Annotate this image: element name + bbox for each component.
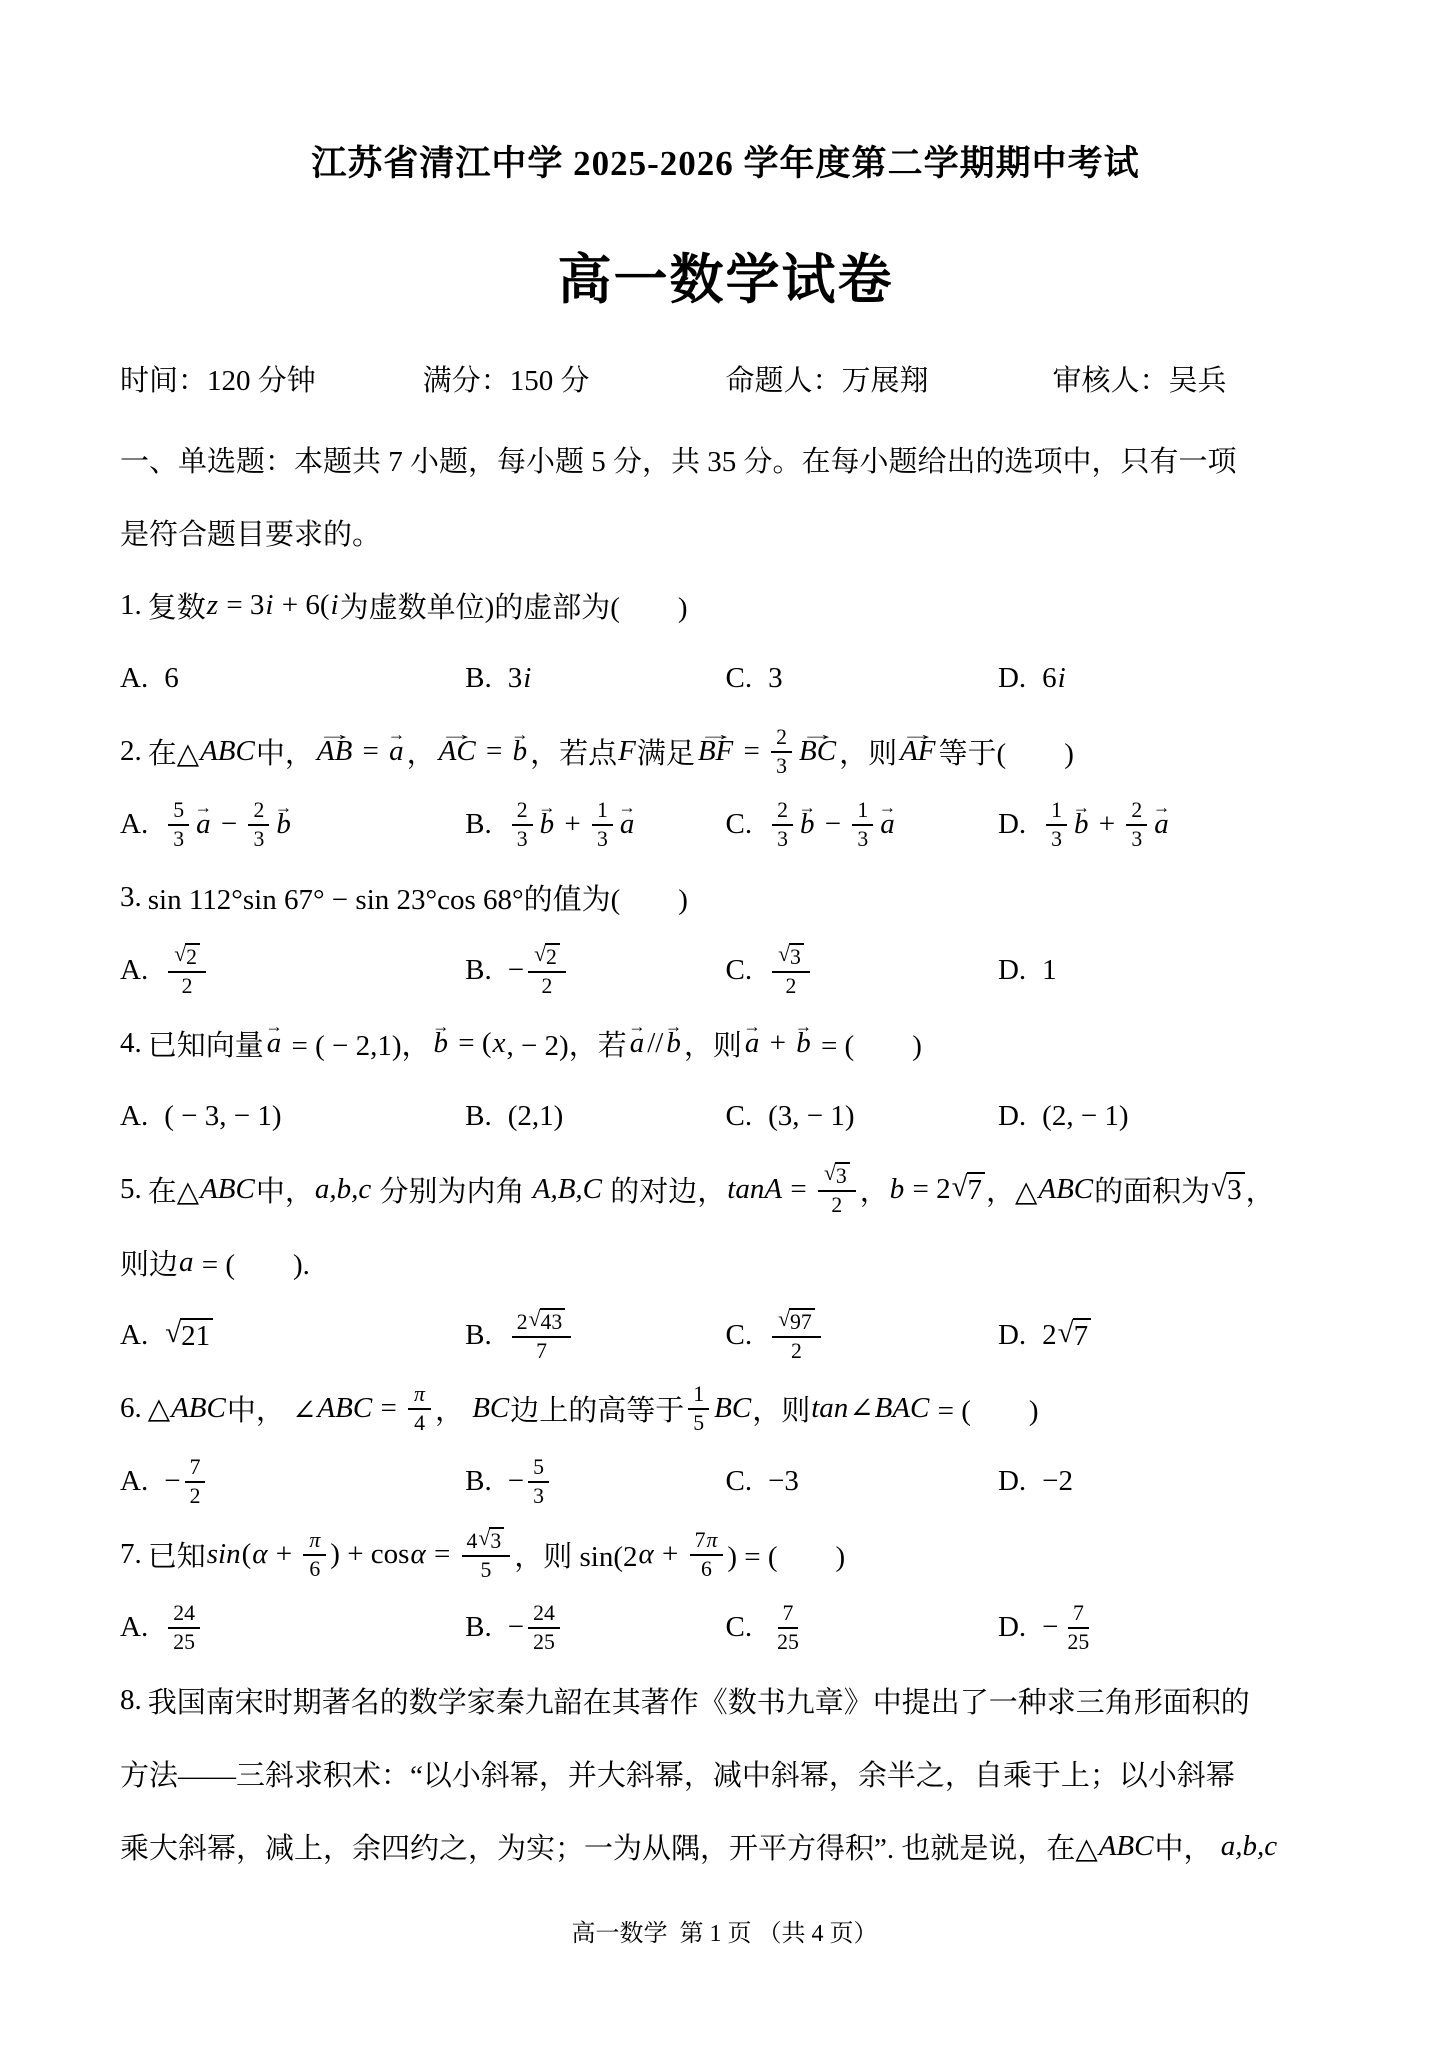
q5-number: 5. (120, 1173, 142, 1206)
square-root: √43 (529, 1308, 566, 1335)
math-text: = (783, 1173, 814, 1206)
option-label: C. (725, 1465, 752, 1498)
math-text: + (269, 1538, 300, 1571)
math-text: 3 (533, 1484, 544, 1509)
math-variable: ABC (199, 735, 256, 768)
vector-arrow-icon: → (439, 726, 476, 743)
fraction-denominator: 3 (771, 753, 792, 779)
fraction-numerator: 1 (592, 798, 613, 826)
math-text: 2 (786, 974, 797, 999)
section-heading-line-2: 是符合题目要求的。 (120, 496, 1331, 569)
q6-option-d: D.−2 (998, 1445, 1331, 1518)
section-one-heading: 一、单选题：本题共 7 小题，每小题 5 分，共 35 分。在每小题给出的选项中… (120, 423, 1331, 569)
fraction-denominator: 3 (772, 826, 793, 852)
math-text: 43 (541, 1310, 563, 1334)
math-text: 2 (831, 1193, 842, 1218)
option-label: A. (120, 954, 148, 987)
fraction-numerator: √3 (772, 943, 810, 973)
radical-sign-icon: √ (1211, 1172, 1227, 1202)
math-variable: π (705, 1528, 718, 1553)
q7-option-b: B.−2425 (465, 1591, 725, 1664)
vector: →a (879, 808, 896, 841)
fraction: 23 (772, 798, 793, 852)
q2-option-a: A.53→a − 23→b (120, 788, 465, 861)
q2-option-d: D.13→b + 23→a (998, 788, 1331, 861)
exam-meta-row: 时间：120 分钟 满分：150 分 命题人：万展翔 审核人：吴兵 (120, 358, 1331, 399)
fraction-numerator: 2√43 (512, 1308, 572, 1338)
fraction: 725 (1063, 1601, 1095, 1655)
q4-option-d: D.(2, − 1) (998, 1080, 1331, 1153)
math-text: 5 (533, 1455, 544, 1480)
radicand: 3 (835, 1162, 850, 1189)
fraction-numerator: 1 (1046, 798, 1067, 826)
math-text: + 6( (274, 589, 329, 622)
fraction-numerator: 7 (185, 1455, 206, 1483)
math-text: ，若点 (530, 731, 617, 772)
vector: →BC (798, 735, 837, 768)
math-text: = ( ) (930, 1388, 1038, 1429)
fraction: π4 (408, 1382, 431, 1436)
vector-arrow-icon: → (316, 726, 353, 743)
math-text: 97 (790, 1310, 812, 1334)
option-label: C. (725, 662, 752, 695)
math-text: 则边 (120, 1242, 178, 1283)
math-text: 1 (1051, 798, 1062, 823)
q5-stem-line-2: 则边a = ( ). (120, 1226, 1331, 1299)
vector: →a (1153, 808, 1170, 841)
q8-number: 8. (120, 1684, 142, 1717)
q6-stem-line-1: 6.△ABC中， ∠ABC = π4， BC边上的高等于15BC，则tan∠BA… (120, 1372, 1331, 1445)
math-text: 1 (1042, 954, 1057, 987)
option-label: C. (725, 808, 752, 841)
math-text: 已知 (148, 1534, 206, 1575)
question-q3: 3.sin 112°sin 67° − sin 23°cos 68°的值为( )… (120, 861, 1331, 1007)
radicand: 3 (489, 1527, 504, 1554)
math-text: 4 (467, 1529, 478, 1554)
vector: →b (795, 1027, 812, 1060)
vector: →b (433, 1027, 450, 1060)
q2-stem-line-1: 2.在△ABC中，→AB = →a，→AC = →b，若点F满足→BF = 23… (120, 715, 1331, 788)
q3-option-d: D.1 (998, 934, 1331, 1007)
math-text: ，△ (986, 1169, 1037, 1210)
math-text: 3 (597, 827, 608, 852)
radicand: 2 (545, 943, 560, 970)
math-text: 7 (783, 1601, 794, 1626)
vector: →BF (697, 735, 734, 768)
math-text: 7 (968, 1174, 983, 1206)
math-text: 2 (1042, 1319, 1057, 1352)
vector: →b (512, 735, 529, 768)
q6-number: 6. (120, 1392, 142, 1425)
radical-sign-icon: √ (1058, 1318, 1074, 1348)
option-label: D. (998, 662, 1026, 695)
vector: →a (266, 1027, 283, 1060)
math-text: − (508, 954, 524, 987)
q3-option-b: B.−√22 (465, 934, 725, 1007)
math-text: 1 (693, 1382, 704, 1407)
fraction-denominator: 5 (475, 1557, 496, 1583)
fraction-numerator: 4√3 (462, 1527, 511, 1557)
q4-options-row: A.( − 3, − 1)B.(2,1)C.(3, − 1)D.(2, − 1) (120, 1080, 1331, 1153)
fraction-denominator: 25 (1063, 1629, 1095, 1655)
square-root: √3 (824, 1162, 850, 1189)
fraction-denominator: 2 (786, 1338, 807, 1364)
math-variable: α (638, 1538, 655, 1571)
math-text: −3 (768, 1465, 799, 1498)
math-text: 边上的高等于 (510, 1388, 684, 1429)
fraction: 2425 (528, 1601, 560, 1655)
fraction-denominator: 3 (512, 826, 533, 852)
math-variable: i (264, 589, 274, 622)
math-text: 25 (1068, 1630, 1090, 1655)
q6-option-b: B.−53 (465, 1445, 725, 1518)
math-text: 1 (597, 798, 608, 823)
fraction: 4√35 (462, 1527, 511, 1583)
fraction-numerator: 24 (528, 1601, 560, 1629)
vector-arrow-icon: → (388, 726, 405, 743)
math-text: = 2 (905, 1173, 950, 1206)
fraction: 72 (185, 1455, 206, 1509)
fraction: 23 (771, 725, 792, 779)
math-text: ) + cos (330, 1538, 409, 1571)
vector-arrow-icon: → (697, 726, 734, 743)
section-heading-line-1: 一、单选题：本题共 7 小题，每小题 5 分，共 35 分。在每小题给出的选项中… (120, 423, 1331, 496)
math-text: 为虚数单位)的虚部为( ) (340, 585, 688, 626)
math-text: 3 (1131, 827, 1142, 852)
q2-option-b: B.23→b + 13→a (465, 788, 725, 861)
fraction: 2425 (168, 1601, 200, 1655)
math-text: 24 (173, 1601, 195, 1626)
math-text: 7 (536, 1339, 547, 1364)
q8-stem-line-2: 方法——三斜求积术：“以小斜幂，并大斜幂，减中斜幂，余半之，自乘于上；以小斜幂 (120, 1737, 1331, 1810)
option-label: D. (998, 808, 1026, 841)
fraction-denominator: 4 (409, 1410, 430, 1436)
q7-option-d: D.−725 (998, 1591, 1331, 1664)
math-text: − (164, 1465, 180, 1498)
option-label: B. (465, 808, 492, 841)
math-text: 乘大斜幂，减上，余四约之，为实；一为从隅，开平方得积”. 也就是说，在△ (120, 1826, 1098, 1867)
math-text: 在△ (148, 1169, 199, 1210)
q3-options-row: A.√22B.−√22C.√32D.1 (120, 934, 1331, 1007)
vector: →a (744, 1027, 761, 1060)
vector: →AC (438, 735, 477, 768)
radicand: 2 (185, 943, 200, 970)
q7-number: 7. (120, 1538, 142, 1571)
fraction: 725 (772, 1601, 804, 1655)
math-text: 3 (836, 1164, 847, 1188)
fraction: 13 (592, 798, 613, 852)
math-text: 4 (414, 1411, 425, 1436)
option-label: B. (465, 1465, 492, 1498)
fraction-denominator: 2 (826, 1192, 847, 1218)
fraction-numerator: 7π (690, 1528, 724, 1556)
paper-title: 高一数学试卷 (120, 250, 1331, 310)
math-text: = ( ). (195, 1242, 310, 1283)
math-text: 7 (695, 1528, 706, 1553)
q7-options-row: A.2425B.−2425C.725D.−725 (120, 1591, 1331, 1664)
vector: →a (388, 735, 405, 768)
fraction-denominator: 3 (1126, 826, 1147, 852)
meta-total-score: 满分：150 分 (423, 358, 726, 399)
math-text: // (647, 1027, 663, 1060)
math-text: sin 112°sin 67° − sin 23°cos 68°的值为( ) (148, 877, 688, 918)
square-root: √3 (778, 943, 804, 970)
math-variable: tan (810, 1392, 849, 1425)
radicand: 21 (180, 1318, 213, 1353)
radicand: 43 (540, 1308, 566, 1335)
math-variable: z (206, 589, 219, 622)
math-text: ∠ (849, 1391, 873, 1426)
math-variable: sin (206, 1538, 242, 1571)
math-text: + (557, 808, 588, 841)
vector: →b (1073, 808, 1090, 841)
math-text: , − 2)，若 (506, 1023, 626, 1064)
math-text: + (762, 1027, 793, 1060)
q3-option-a: A.√22 (120, 934, 465, 1007)
math-variable: α (409, 1538, 426, 1571)
math-text: 2 (776, 725, 787, 750)
math-variable: BC (713, 1392, 752, 1425)
fraction-numerator: 2 (512, 798, 533, 826)
math-text: 2 (1131, 798, 1142, 823)
option-label: C. (725, 1319, 752, 1352)
fraction-denominator: 2 (177, 973, 198, 999)
vector: →b (539, 808, 556, 841)
math-text: = (355, 735, 386, 768)
math-variable: F (617, 735, 637, 768)
fraction-numerator: 1 (688, 1382, 709, 1410)
math-text: 2 (777, 798, 788, 823)
q2-option-c: C.23→b − 13→a (725, 788, 997, 861)
math-text: = 3 (219, 589, 264, 622)
math-text: = ( ) (814, 1023, 922, 1064)
fraction-denominator: 2 (537, 973, 558, 999)
option-label: C. (725, 1100, 752, 1133)
fraction: √972 (772, 1308, 821, 1364)
math-variable: π (308, 1528, 321, 1553)
fraction: 53 (168, 798, 189, 852)
math-text: 6 (1042, 662, 1057, 695)
fraction-denominator: 3 (168, 826, 189, 852)
vector: →AF (899, 735, 936, 768)
q1-number: 1. (120, 589, 142, 622)
option-label: C. (725, 1611, 752, 1644)
q2-options-row: A.53→a − 23→bB.23→b + 13→aC.23→b − 13→aD… (120, 788, 1331, 861)
q5-options-row: A.√21B.2√437C.√972D.2√7 (120, 1299, 1331, 1372)
math-text: = (479, 735, 510, 768)
math-variable: ABC (316, 1392, 373, 1425)
fraction-denominator: 25 (772, 1629, 804, 1655)
math-text: + (655, 1538, 686, 1571)
math-text: − (508, 1465, 524, 1498)
vector-arrow-icon: → (665, 1018, 682, 1035)
vector: →a (619, 808, 636, 841)
fraction-denominator: 3 (248, 826, 269, 852)
q1-option-c: C.3 (725, 642, 997, 715)
math-text: 3 (173, 827, 184, 852)
option-label: A. (120, 662, 148, 695)
fraction-denominator: 3 (852, 826, 873, 852)
question-q1: 1.复数z = 3i + 6(i为虚数单位)的虚部为( )A.6B.3iC.3D… (120, 569, 1331, 715)
vector-arrow-icon: → (265, 1018, 282, 1035)
vector-arrow-icon: → (432, 1018, 449, 1035)
math-variable: α (251, 1538, 268, 1571)
q5-stem-line-1: 5.在△ABC中，a,b,c 分别为内角 A,B,C 的对边，tanA = √3… (120, 1153, 1331, 1226)
math-text: = (736, 735, 767, 768)
math-text: 24 (533, 1601, 555, 1626)
math-variable: tanA (726, 1173, 783, 1206)
fraction-numerator: 7 (1068, 1601, 1089, 1629)
math-text: 2 (542, 974, 553, 999)
radicand: 97 (789, 1308, 815, 1335)
question-q5: 5.在△ABC中，a,b,c 分别为内角 A,B,C 的对边，tanA = √3… (120, 1153, 1331, 1372)
math-text: 复数 (148, 585, 206, 626)
math-variable: x (492, 1027, 507, 1060)
fraction-numerator: 5 (168, 798, 189, 826)
q4-option-b: B.(2,1) (465, 1080, 725, 1153)
option-label: A. (120, 1611, 148, 1644)
math-text: − (1042, 1611, 1058, 1644)
square-root: √3 (1211, 1172, 1244, 1207)
math-variable: ABC (199, 1173, 256, 1206)
radicand: 3 (789, 943, 804, 970)
question-q6: 6.△ABC中， ∠ABC = π4， BC边上的高等于15BC，则tan∠BA… (120, 1372, 1331, 1518)
option-label: A. (120, 808, 148, 841)
fraction-numerator: √2 (528, 943, 566, 973)
math-text: 3 (517, 827, 528, 852)
math-text: 3 (776, 754, 787, 779)
math-text: 已知向量 (148, 1023, 264, 1064)
fraction-denominator: 2 (781, 973, 802, 999)
math-text: (2, − 1) (1042, 1100, 1128, 1133)
math-variable: π (413, 1382, 426, 1407)
q8-stem-line-3: 乘大斜幂，减上，余四约之，为实；一为从隅，开平方得积”. 也就是说，在△ABC中… (120, 1810, 1331, 1883)
math-text: 3 (253, 827, 264, 852)
fraction-denominator: 6 (696, 1556, 717, 1582)
square-root: √97 (778, 1308, 815, 1335)
q6-option-a: A.−72 (120, 1445, 465, 1518)
square-root: √7 (952, 1172, 985, 1207)
math-text: 我国南宋时期著名的数学家秦九韶在其著作《数书九章》中提出了一种求三角形面积的 (148, 1680, 1250, 1721)
fraction-denominator: 7 (531, 1338, 552, 1364)
vector: →a (629, 1027, 646, 1060)
fraction-numerator: π (303, 1528, 326, 1556)
math-variable: BAC (874, 1392, 931, 1425)
math-text: 3 (1051, 827, 1062, 852)
math-text: ，则 sin(2 (514, 1534, 637, 1575)
math-text: 6 (701, 1557, 712, 1582)
fraction: 13 (1046, 798, 1067, 852)
math-text: 3 (790, 945, 801, 969)
math-text: 中， (256, 731, 314, 772)
q4-option-c: C.(3, − 1) (725, 1080, 997, 1153)
vector-arrow-icon: → (799, 726, 836, 743)
meta-reviewer: 审核人：吴兵 (1052, 358, 1331, 399)
math-text: (2,1) (508, 1100, 564, 1133)
math-text: = (373, 1392, 404, 1425)
fraction: 23 (248, 798, 269, 852)
vector-arrow-icon: → (275, 799, 292, 816)
option-label: A. (120, 1319, 148, 1352)
math-text: 6 (309, 1557, 320, 1582)
math-variable: a (178, 1246, 195, 1279)
vector-arrow-icon: → (743, 1018, 760, 1035)
meta-setter: 命题人：万展翔 (726, 358, 1053, 399)
fraction-denominator: 3 (1046, 826, 1067, 852)
fraction-numerator: √97 (772, 1308, 821, 1338)
math-text: ， (435, 1388, 471, 1429)
q5-option-d: D.2√7 (998, 1299, 1331, 1372)
math-text: 7 (1073, 1601, 1084, 1626)
math-text: 中， (1154, 1826, 1219, 1867)
fraction-numerator: √2 (168, 943, 206, 973)
math-variable: a,b,c (314, 1173, 372, 1206)
math-text: 3 (777, 827, 788, 852)
q1-option-d: D.6i (998, 642, 1331, 715)
math-text: ，则 (839, 731, 897, 772)
math-text: 1 (857, 798, 868, 823)
math-text: 5 (173, 798, 184, 823)
radicand: 7 (1073, 1318, 1092, 1353)
math-text: −2 (1042, 1465, 1073, 1498)
math-text: (3, − 1) (768, 1100, 854, 1133)
vector: →b (665, 1027, 682, 1060)
math-text: 等于( ) (939, 731, 1074, 772)
vector-arrow-icon: → (795, 1018, 812, 1035)
exam-page: 江苏省清江中学 2025-2026 学年度第二学期期中考试 高一数学试卷 时间：… (0, 0, 1449, 2048)
math-text: ) = ( ) (727, 1534, 845, 1575)
math-text: 方法——三斜求积术：“以小斜幂，并大斜幂，减中斜幂，余半之，自乘于上；以小斜幂 (120, 1753, 1235, 1794)
q7-stem-line-1: 7.已知sin(α + π6) + cosα = 4√35，则 sin(2α +… (120, 1518, 1331, 1591)
q3-stem-line-1: 3.sin 112°sin 67° − sin 23°cos 68°的值为( ) (120, 861, 1331, 934)
q1-option-b: B.3i (465, 642, 725, 715)
vector: →AB (316, 735, 353, 768)
fraction-numerator: √3 (818, 1162, 856, 1192)
math-variable: b (889, 1173, 906, 1206)
radical-sign-icon: √ (165, 1318, 181, 1348)
fraction: 23 (512, 798, 533, 852)
fraction: √22 (168, 943, 206, 999)
q7-option-c: C.725 (725, 1591, 997, 1664)
math-text: ，则 (752, 1388, 810, 1429)
fraction: 7π6 (690, 1528, 724, 1582)
square-root: √2 (174, 943, 200, 970)
math-text: 5 (693, 1411, 704, 1436)
math-text: 分别为内角 (372, 1169, 532, 1210)
vector-arrow-icon: → (538, 799, 555, 816)
math-text: 3 (508, 662, 523, 695)
math-text: = ( − 2,1)， (284, 1023, 430, 1064)
fraction-denominator: 25 (168, 1629, 200, 1655)
q2-number: 2. (120, 735, 142, 768)
square-root: √7 (1058, 1318, 1091, 1353)
fraction-numerator: 2 (248, 798, 269, 826)
math-text: = (427, 1538, 458, 1571)
vector-arrow-icon: → (195, 799, 212, 816)
option-label: D. (998, 1611, 1026, 1644)
fraction-numerator: 2 (772, 798, 793, 826)
q5-option-a: A.√21 (120, 1299, 465, 1372)
math-text: 25 (777, 1630, 799, 1655)
math-text: 3 (1227, 1174, 1242, 1206)
math-variable: i (330, 589, 340, 622)
math-text: − (817, 808, 848, 841)
fraction: √22 (528, 943, 566, 999)
page-footer: 高一数学 第 1 页 （共 4 页） (0, 1913, 1449, 1948)
radicand: 3 (1226, 1172, 1245, 1207)
math-variable: a,b,c (1220, 1830, 1278, 1863)
q3-number: 3. (120, 881, 142, 914)
